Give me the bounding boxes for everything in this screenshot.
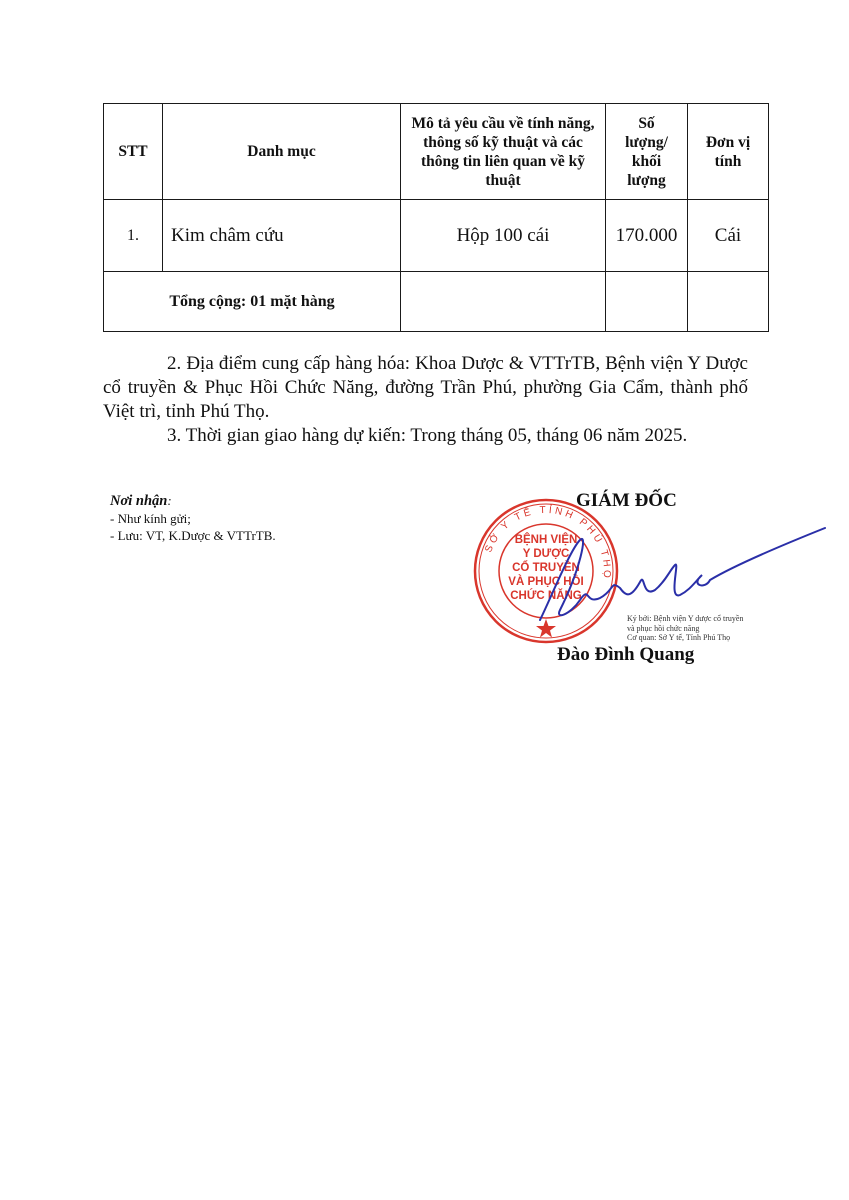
header-quantity: Số lượng/ khối lượng xyxy=(606,104,688,200)
delivery-time-text: 3. Thời gian giao hàng dự kiến: Trong th… xyxy=(167,425,687,446)
delivery-time-paragraph: 3. Thời gian giao hàng dự kiến: Trong th… xyxy=(103,424,748,448)
digital-signature-info: Ký bởi: Bệnh viện Y dược cổ truyền và ph… xyxy=(627,614,747,643)
cell-category: Kim châm cứu xyxy=(163,200,401,272)
cell-description: Hộp 100 cái xyxy=(401,200,606,272)
total-unit-empty xyxy=(688,272,769,332)
header-description: Mô tả yêu cầu về tính năng, thông số kỹ … xyxy=(401,104,606,200)
header-description-text: Mô tả yêu cầu về tính năng, thông số kỹ … xyxy=(412,115,595,189)
header-quantity-text: Số lượng/ khối lượng xyxy=(625,115,668,189)
delivery-location-text: 2. Địa điểm cung cấp hàng hóa: Khoa Dược… xyxy=(103,353,748,422)
signed-by-text: Ký bởi: Bệnh viện Y dược cổ truyền và ph… xyxy=(627,614,747,633)
table-header-row: STT Danh mục Mô tả yêu cầu về tính năng,… xyxy=(104,104,769,200)
header-category: Danh mục xyxy=(163,104,401,200)
recipients-title-colon: : xyxy=(167,493,171,508)
cell-quantity: 170.000 xyxy=(606,200,688,272)
signer-position: GIÁM ĐỐC xyxy=(576,490,677,512)
total-description-empty xyxy=(401,272,606,332)
recipient-item: - Lưu: VT, K.Dược & VTTrTB. xyxy=(110,527,276,544)
header-unit: Đơn vị tính xyxy=(688,104,769,200)
recipient-item: - Như kính gửi; xyxy=(110,510,276,527)
table-row: 1. Kim châm cứu Hộp 100 cái 170.000 Cái xyxy=(104,200,769,272)
cell-stt: 1. xyxy=(104,200,163,272)
recipients-title: Nơi nhận xyxy=(110,493,167,509)
header-stt: STT xyxy=(104,104,163,200)
signer-name: Đào Đình Quang xyxy=(557,644,694,666)
recipients-block: Nơi nhận: - Như kính gửi; - Lưu: VT, K.D… xyxy=(110,492,276,544)
total-label: Tổng cộng: 01 mặt hàng xyxy=(104,272,401,332)
agency-text: Cơ quan: Sở Y tế, Tỉnh Phú Thọ xyxy=(627,633,747,643)
table-total-row: Tổng cộng: 01 mặt hàng xyxy=(104,272,769,332)
procurement-table: STT Danh mục Mô tả yêu cầu về tính năng,… xyxy=(103,103,769,332)
header-unit-text: Đơn vị tính xyxy=(706,134,750,170)
delivery-location-paragraph: 2. Địa điểm cung cấp hàng hóa: Khoa Dược… xyxy=(103,352,748,424)
total-quantity-empty xyxy=(606,272,688,332)
cell-unit: Cái xyxy=(688,200,769,272)
